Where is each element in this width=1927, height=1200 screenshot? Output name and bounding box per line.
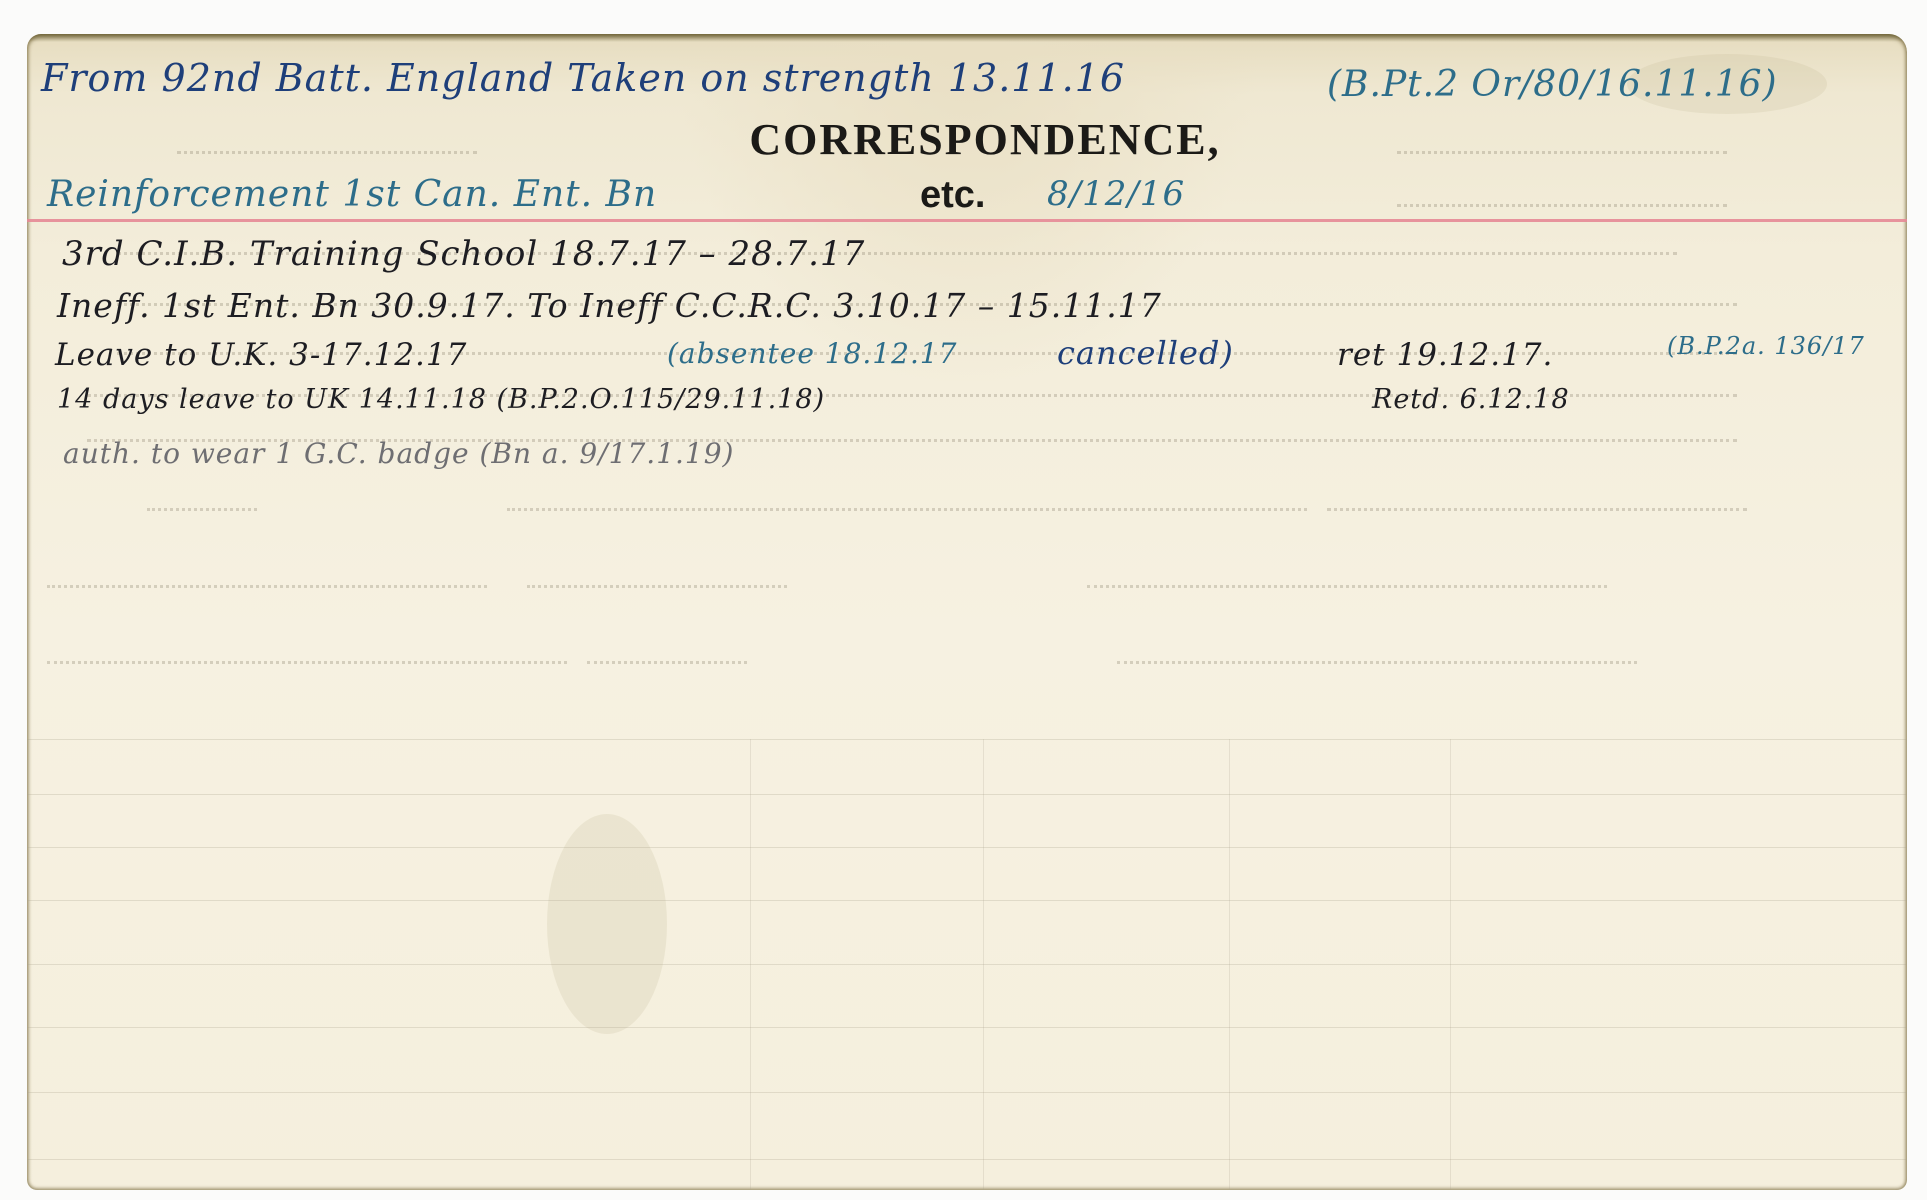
service-record-card: CORRESPONDENCE, etc. From 92nd Batt. Eng… <box>27 34 1907 1190</box>
table-column-line <box>750 739 751 1190</box>
annotation-transfer-ref: (B.Pt.2 Or/80/16.11.16) <box>1327 64 1778 105</box>
printed-heading: CORRESPONDENCE, <box>27 114 1907 165</box>
entry-good-conduct-badge: auth. to wear 1 G.C. badge (Bn a. 9/17.1… <box>63 437 734 470</box>
entry-leave-uk: Leave to U.K. 3-17.12.17 <box>55 337 467 373</box>
dotted-guide <box>1327 508 1747 511</box>
table-column-line <box>1450 739 1451 1190</box>
table-rule <box>27 847 1907 848</box>
annotation-reinforcement-date: 8/12/16 <box>1047 174 1185 214</box>
table-rule <box>27 964 1907 965</box>
dotted-guide <box>147 508 257 511</box>
table-rule <box>27 794 1907 795</box>
annotation-reinforcement: Reinforcement 1st Can. Ent. Bn <box>47 174 657 215</box>
printed-etc: etc. <box>920 174 985 217</box>
dotted-guide <box>47 585 487 588</box>
table-column-line <box>983 739 984 1190</box>
table-rule <box>27 900 1907 901</box>
table-rule <box>27 739 1907 740</box>
table-rule <box>27 1159 1907 1160</box>
dotted-guide <box>507 508 1307 511</box>
dotted-guide <box>1087 585 1607 588</box>
entry-ineffective: Ineff. 1st Ent. Bn 30.9.17. To Ineff C.C… <box>57 286 1162 325</box>
entry-14-days-returned: Retd. 6.12.18 <box>1372 384 1570 415</box>
dotted-guide <box>1117 661 1637 664</box>
annotation-transfer: From 92nd Batt. England Taken on strengt… <box>41 56 1125 100</box>
dotted-guide <box>47 661 567 664</box>
entry-leave-absentee-note: (absentee 18.12.17 <box>667 337 958 370</box>
dotted-guide <box>587 661 747 664</box>
entry-leave-cancelled-note: cancelled) <box>1057 334 1234 372</box>
entry-training-school: 3rd C.I.B. Training School 18.7.17 – 28.… <box>62 234 865 274</box>
table-rule <box>27 1092 1907 1093</box>
entry-leave-returned: ret 19.12.17. <box>1337 337 1553 373</box>
table-column-line <box>1229 739 1230 1190</box>
dotted-guide <box>1397 204 1727 207</box>
card-worn-edge <box>27 34 1907 42</box>
entry-leave-ref: (B.P.2a. 136/17 <box>1667 332 1865 360</box>
table-rule <box>27 1027 1907 1028</box>
entry-14-days-leave: 14 days leave to UK 14.11.18 (B.P.2.O.11… <box>57 384 825 415</box>
dotted-guide <box>527 585 787 588</box>
red-header-rule <box>27 219 1907 222</box>
